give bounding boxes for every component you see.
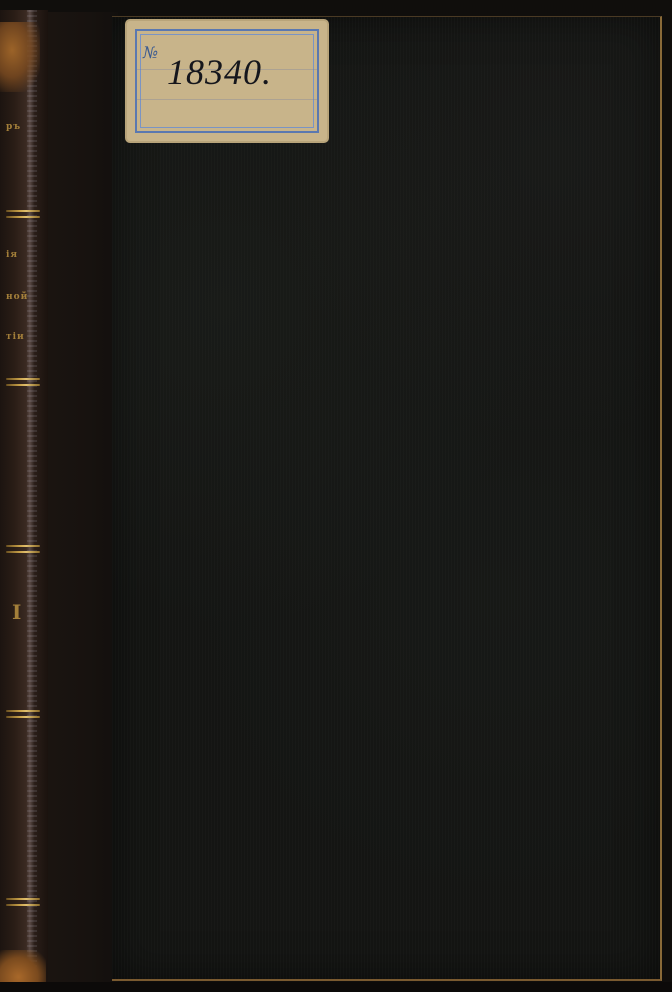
spine-title-line-2: ной [6,292,38,302]
book-photo: ръ ія ной тіи I № 18340. [0,0,672,992]
front-cover-board [112,16,662,981]
gilt-band [6,378,40,386]
label-number-sign: № [143,43,158,62]
spine-top-text: ръ [6,122,38,132]
bottom-edge [0,982,672,992]
gilt-band [6,710,40,718]
cloth-texture [112,17,660,979]
spine-volume-number: I [12,600,21,624]
spine-sheen [27,10,37,982]
gilt-band [6,210,40,218]
gilt-band [6,545,40,553]
spine-title-line-3: тіи [6,332,38,342]
spine-worn-top [0,22,40,92]
library-label: № 18340. [127,21,327,141]
cover-hinge [48,12,118,982]
book-spine: ръ ія ной тіи I [0,10,48,982]
label-catalog-number: 18340. [167,51,272,93]
spine-title-line-1: ія [6,250,38,260]
label-rule-line [137,99,317,100]
gilt-band [6,898,40,906]
